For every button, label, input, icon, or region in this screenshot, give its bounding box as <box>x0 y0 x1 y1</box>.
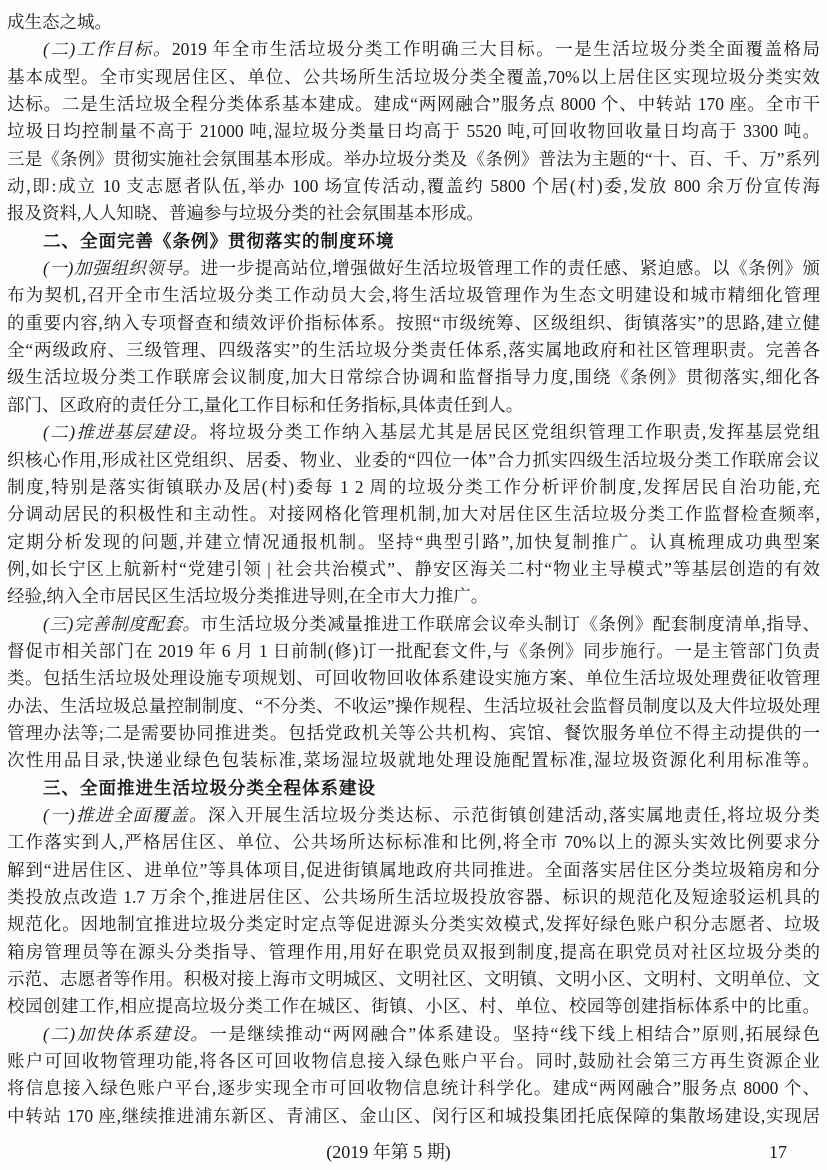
paragraph-lead: (一)加强组织领导。 <box>43 258 201 278</box>
text-line: 的重要内容,纳入专项督查和绩效评价指标体系。按照“市级统筹、区级组织、街镇落实”… <box>7 310 820 337</box>
text-line: 管理办法等;二是需要协同推进类。包括党政机关等公共机构、宾馆、餐饮服务单位不得主… <box>7 720 820 747</box>
paragraph-lead: (二)工作目标。 <box>43 39 172 59</box>
text-line: 校园创建工作,相应提高垃圾分类工作在城区、街镇、小区、村、单位、校园等创建指标体… <box>7 993 820 1020</box>
body-text: 一是继续推动“两网融合”体系建设。坚持“线下线上相结合”原则,拓展绿色 <box>209 1024 820 1044</box>
text-line: 箱房管理员等在源头分类指导、管理作用,用好在职党员双报到制度,提高在职党员对社区… <box>7 939 820 966</box>
body-text: 分调动居民的积极性和主动性。对接网格化管理机制,加大对居住区生活垃圾分类工作监督… <box>7 504 820 524</box>
paragraph-lead: (二)推进基层建设。 <box>43 422 209 442</box>
text-line: 类投放点改造 1.7 万余个,推进居住区、公共场所生活垃圾投放容器、标识的规范化… <box>7 884 820 911</box>
text-line: 布为契机,召开全市生活垃圾分类工作动员大会,将生活垃圾管理作为生态文明建设和城市… <box>7 282 820 309</box>
body-text: 成生态之城。 <box>7 12 112 32</box>
body-text: 管理办法等;二是需要协同推进类。包括党政机关等公共机构、宾馆、餐饮服务单位不得主… <box>7 723 820 743</box>
page-number: 17 <box>769 1139 787 1165</box>
text-line: 基本成型。全市实现居住区、单位、公共场所生活垃圾分类全覆盖,70%以上居住区实现… <box>7 64 820 91</box>
text-line: 次性用品目录,快递业绿色包装标准,菜场湿垃圾就地处理设施配置标准,湿垃圾资源化利… <box>7 747 820 774</box>
body-text: 示范、志愿者等作用。积极对接上海市文明城区、文明社区、文明镇、文明小区、文明村、… <box>7 969 820 993</box>
body-text: 办法、生活垃圾总量控制制度、“不分类、不收运”操作规程、生活垃圾社会监督员制度以… <box>7 696 820 716</box>
text-line: 解到“进居住区、进单位”等具体项目,促进街镇属地政府共同推进。全面落实居住区分类… <box>7 857 820 884</box>
issue-label: (2019 年第 5 期) <box>7 1139 820 1165</box>
body-text: 布为契机,召开全市生活垃圾分类工作动员大会,将生活垃圾管理作为生态文明建设和城市… <box>7 285 820 305</box>
text-line: 例,如长宁区上航新村“党建引领 | 社会共治模式”、静安区海关二村“物业主导模式… <box>7 556 820 583</box>
body-text: 部门、区政府的责任分工,量化工作目标和任务指标,具体责任到人。 <box>7 395 523 415</box>
body-text: 将信息接入绿色账户平台,逐步实现全市可回收物信息统计科学化。建成“两网融合”服务… <box>7 1078 820 1098</box>
body-text: 将垃圾分类工作纳入基层尤其是居民区党组织管理工作职责,发挥基层党组 <box>209 422 820 442</box>
body-text: 动,即:成立 10 支志愿者队伍,举办 100 场宣传活动,覆盖约 5800 个… <box>7 176 820 196</box>
body-text: 箱房管理员等在源头分类指导、管理作用,用好在职党员双报到制度,提高在职党员对社区… <box>7 942 820 962</box>
body-text: 工作落实到人,严格居住区、单位、公共场所达标标准和比例,将全市 70%以上的源头… <box>7 832 820 852</box>
page-footer: (2019 年第 5 期) 17 <box>7 1139 820 1165</box>
body-text: 垃圾日均控制量不高于 21000 吨,湿垃圾分类量日均高于 5520 吨,可回收… <box>7 121 820 141</box>
text-line: (二)工作目标。2019 年全市生活垃圾分类工作明确三大目标。一是生活垃圾分类全… <box>7 36 820 63</box>
text-line: 三是《条例》贯彻实施社会氛围基本形成。举办垃圾分类及《条例》普法为主题的“十、百… <box>7 146 820 173</box>
text-line: 分调动居民的积极性和主动性。对接网格化管理机制,加大对居住区生活垃圾分类工作监督… <box>7 501 820 528</box>
text-line: (三)完善制度配套。市生活垃圾分类减量推进工作联席会议牵头制订《条例》配套制度清… <box>7 611 820 638</box>
text-line: 办法、生活垃圾总量控制制度、“不分类、不收运”操作规程、生活垃圾社会监督员制度以… <box>7 693 820 720</box>
text-line: 工作落实到人,严格居住区、单位、公共场所达标标准和比例,将全市 70%以上的源头… <box>7 829 820 856</box>
body-text: 类投放点改造 1.7 万余个,推进居住区、公共场所生活垃圾投放容器、标识的规范化… <box>7 887 820 907</box>
text-line: 部门、区政府的责任分工,量化工作目标和任务指标,具体责任到人。 <box>7 392 820 419</box>
body-text: 级生活垃圾分类工作联席会议制度,加大日常综合协调和监督指导力度,围绕《条例》贯彻… <box>7 367 820 387</box>
body-text: 例,如长宁区上航新村“党建引领 | 社会共治模式”、静安区海关二村“物业主导模式… <box>7 559 820 579</box>
body-text: 类。包括生活垃圾处理设施专项规划、可回收物回收体系建设实施方案、单位生活垃圾处理… <box>7 668 820 688</box>
text-line: 账户可回收物管理功能,将各区可回收物信息接入绿色账户平台。同时,鼓励社会第三方再… <box>7 1048 820 1075</box>
body-text: 深入开展生活垃圾分类达标、示范街镇创建活动,落实属地责任,将垃圾分类 <box>208 805 820 825</box>
body-text: 的重要内容,纳入专项督查和绩效评价指标体系。按照“市级统筹、区级组织、街镇落实”… <box>7 313 820 333</box>
text-line: 全“两级政府、三级管理、四级落实”的生活垃圾分类责任体系,落实属地政府和社区管理… <box>7 337 820 364</box>
body-text: 制度,特别是落实街镇联办及居(村)委每 1 2 周的垃圾分类工作分析评价制度,发… <box>7 477 820 497</box>
section-heading-text: 二、全面完善《条例》贯彻落实的制度环境 <box>43 231 395 251</box>
body-text: 解到“进居住区、进单位”等具体项目,促进街镇属地政府共同推进。全面落实居住区分类… <box>7 860 820 880</box>
paragraph-lead: (一)推进全面覆盖。 <box>43 805 208 825</box>
body-text: 校园创建工作,相应提高垃圾分类工作在城区、街镇、小区、村、单位、校园等创建指标体… <box>7 996 820 1016</box>
text-line: 经验,纳入全市居民区生活垃圾分类推进导则,在全市大力推广。 <box>7 583 820 610</box>
body-text: 基本成型。全市实现居住区、单位、公共场所生活垃圾分类全覆盖,70%以上居住区实现… <box>7 67 820 87</box>
body-text: 账户可回收物管理功能,将各区可回收物信息接入绿色账户平台。同时,鼓励社会第三方再… <box>7 1051 820 1071</box>
body-text: 织核心作用,形成社区党组织、居委、物业、业委的“四位一体”合力抓实四级生活垃圾分… <box>7 450 820 470</box>
body-text: 经验,纳入全市居民区生活垃圾分类推进导则,在全市大力推广。 <box>7 586 488 606</box>
paragraph-lead: (二)加快体系建设。 <box>43 1024 209 1044</box>
text-line: 成生态之城。 <box>7 9 820 36</box>
document-page: 成生态之城。(二)工作目标。2019 年全市生活垃圾分类工作明确三大目标。一是生… <box>0 0 827 1170</box>
body-text: 三是《条例》贯彻实施社会氛围基本形成。举办垃圾分类及《条例》普法为主题的“十、百… <box>7 149 820 173</box>
body-text: 全“两级政府、三级管理、四级落实”的生活垃圾分类责任体系,落实属地政府和社区管理… <box>7 340 820 360</box>
text-line: (二)推进基层建设。将垃圾分类工作纳入基层尤其是居民区党组织管理工作职责,发挥基… <box>7 419 820 446</box>
text-line: 督促市相关部门在 2019 年 6 月 1 日前制(修)订一批配套文件,与《条例… <box>7 638 820 665</box>
section-heading: 二、全面完善《条例》贯彻落实的制度环境 <box>7 228 820 255</box>
body-text: 中转站 170 座,继续推进浦东新区、青浦区、金山区、闵行区和城投集团托底保障的… <box>7 1106 820 1126</box>
text-line: 示范、志愿者等作用。积极对接上海市文明城区、文明社区、文明镇、文明小区、文明村、… <box>7 966 820 993</box>
body-text: 市生活垃圾分类减量推进工作联席会议牵头制订《条例》配套制度清单,指导、 <box>201 614 820 634</box>
body-text: 规范化。因地制宜推进垃圾分类定时定点等促进源头分类实效模式,发挥好绿色账户积分志… <box>7 914 820 934</box>
body-text: 督促市相关部门在 2019 年 6 月 1 日前制(修)订一批配套文件,与《条例… <box>7 641 820 661</box>
text-line: 定期分析发现的问题,并建立情况通报机制。坚持“典型引路”,加快复制推广。认真梳理… <box>7 529 820 556</box>
paragraph-lead: (三)完善制度配套。 <box>43 614 201 634</box>
body-text: 定期分析发现的问题,并建立情况通报机制。坚持“典型引路”,加快复制推广。认真梳理… <box>7 532 820 552</box>
body-text: 次性用品目录,快递业绿色包装标准,菜场湿垃圾就地处理设施配置标准,湿垃圾资源化利… <box>7 750 820 770</box>
document-body: 成生态之城。(二)工作目标。2019 年全市生活垃圾分类工作明确三大目标。一是生… <box>7 9 820 1130</box>
section-heading: 三、全面推进生活垃圾分类全程体系建设 <box>7 775 820 802</box>
text-line: 织核心作用,形成社区党组织、居委、物业、业委的“四位一体”合力抓实四级生活垃圾分… <box>7 447 820 474</box>
text-line: (二)加快体系建设。一是继续推动“两网融合”体系建设。坚持“线下线上相结合”原则… <box>7 1021 820 1048</box>
text-line: 动,即:成立 10 支志愿者队伍,举办 100 场宣传活动,覆盖约 5800 个… <box>7 173 820 200</box>
section-heading-text: 三、全面推进生活垃圾分类全程体系建设 <box>43 778 376 798</box>
body-text: 2019 年全市生活垃圾分类工作明确三大目标。一是生活垃圾分类全面覆盖格局 <box>172 39 820 59</box>
text-line: 级生活垃圾分类工作联席会议制度,加大日常综合协调和监督指导力度,围绕《条例》贯彻… <box>7 364 820 391</box>
body-text: 达标。二是生活垃圾全程分类体系基本建成。建成“两网融合”服务点 8000 个、中… <box>7 94 820 114</box>
text-line: 将信息接入绿色账户平台,逐步实现全市可回收物信息统计科学化。建成“两网融合”服务… <box>7 1075 820 1102</box>
text-line: 规范化。因地制宜推进垃圾分类定时定点等促进源头分类实效模式,发挥好绿色账户积分志… <box>7 911 820 938</box>
text-line: (一)加强组织领导。进一步提高站位,增强做好生活垃圾管理工作的责任感、紧迫感。以… <box>7 255 820 282</box>
text-line: 达标。二是生活垃圾全程分类体系基本建成。建成“两网融合”服务点 8000 个、中… <box>7 91 820 118</box>
text-line: 制度,特别是落实街镇联办及居(村)委每 1 2 周的垃圾分类工作分析评价制度,发… <box>7 474 820 501</box>
body-text: 进一步提高站位,增强做好生活垃圾管理工作的责任感、紧迫感。以《条例》颁 <box>201 258 820 278</box>
text-line: 中转站 170 座,继续推进浦东新区、青浦区、金山区、闵行区和城投集团托底保障的… <box>7 1103 820 1130</box>
text-line: 报及资料,人人知晓、普遍参与垃圾分类的社会氛围基本形成。 <box>7 200 820 227</box>
text-line: 类。包括生活垃圾处理设施专项规划、可回收物回收体系建设实施方案、单位生活垃圾处理… <box>7 665 820 692</box>
text-line: (一)推进全面覆盖。深入开展生活垃圾分类达标、示范街镇创建活动,落实属地责任,将… <box>7 802 820 829</box>
body-text: 报及资料,人人知晓、普遍参与垃圾分类的社会氛围基本形成。 <box>7 203 484 223</box>
text-line: 垃圾日均控制量不高于 21000 吨,湿垃圾分类量日均高于 5520 吨,可回收… <box>7 118 820 145</box>
